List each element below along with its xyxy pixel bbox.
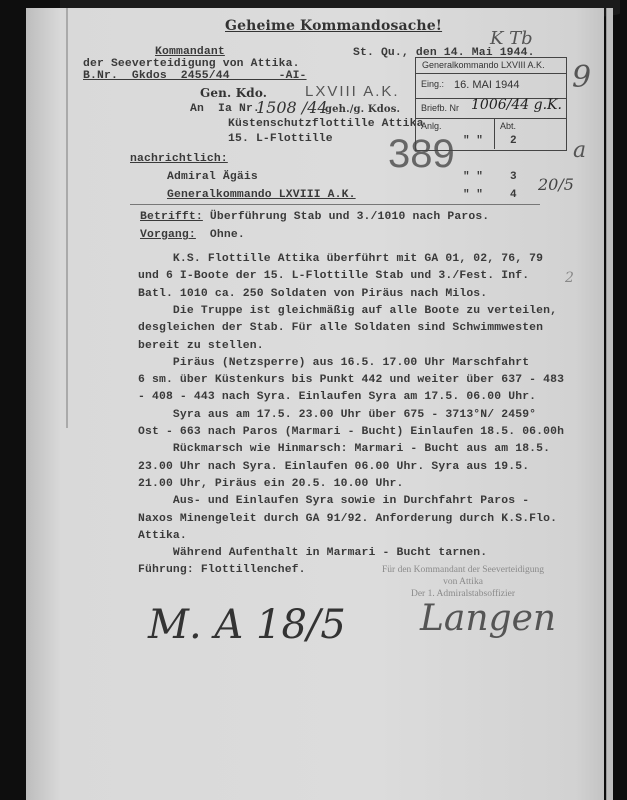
- sender-title: Kommandant: [155, 46, 225, 58]
- body-line: Führung: Flottillenchef.: [138, 564, 306, 576]
- recipient-2: 15. L-Flottille: [228, 133, 333, 145]
- betrifft-label: Betrifft:: [140, 211, 203, 223]
- stamp-anlg-row: Anlg. Abt.: [416, 118, 566, 149]
- betrifft-line: Betrifft: Überführung Stab und 3./1010 n…: [140, 211, 489, 223]
- divider: [130, 204, 540, 205]
- info-recipient-2: Generalkommando LXVIII A.K.: [167, 189, 356, 201]
- stamp-eing-date: 16. MAI 1944: [454, 79, 519, 91]
- ia-suffix: geh./g. Kdos.: [325, 104, 400, 115]
- vorgang-label: Vorgang:: [140, 229, 196, 241]
- body-line: - 408 - 443 nach Syra. Einlaufen Syra am…: [138, 391, 536, 403]
- stamp-briefb-row: Briefb. Nr 1006/44 g.K.: [416, 98, 566, 119]
- stamp-divider: [494, 119, 495, 149]
- signature-block-line2: von Attika: [333, 577, 593, 587]
- classification-heading: Geheime Kommandosache!: [225, 18, 442, 34]
- body-line: desgleichen der Stab. Für alle Soldaten …: [138, 322, 543, 334]
- body-line: Während Aufenthalt in Marmari - Bucht ta…: [138, 547, 487, 559]
- stamp-eing-row: Eing.: 16. MAI 1944: [416, 73, 566, 98]
- info-recipient-1: Admiral Ägäis: [167, 171, 258, 183]
- vorgang-text: Ohne.: [210, 229, 245, 241]
- body-line: 23.00 Uhr nach Syra. Einlaufen 06.00 Uhr…: [138, 461, 529, 473]
- reference-number: B.Nr. Gkdos 2455/44 -AI-: [83, 70, 307, 82]
- handwritten-9: 9: [572, 60, 591, 95]
- ditto-marks: " ": [463, 189, 483, 201]
- body-line: Die Truppe ist gleichmäßig auf alle Boot…: [138, 305, 557, 317]
- body-line: Naxos Minengeleit durch GA 91/92. Anford…: [138, 513, 557, 525]
- sender-line: der Seeverteidigung von Attika.: [83, 58, 300, 70]
- stamp-briefb-number: 1006/44 g.K.: [471, 97, 562, 113]
- vorgang-line: Vorgang: Ohne.: [140, 229, 245, 241]
- body-line: K.S. Flottille Attika überführt mit GA 0…: [138, 253, 543, 265]
- nachrichtlich-label: nachrichtlich:: [130, 153, 228, 165]
- betrifft-text: Überführung Stab und 3./1010 nach Paros.: [210, 211, 489, 223]
- stamp-header: Generalkommando LXVIII A.K.: [422, 60, 545, 70]
- body-line: 6 sm. über Küstenkurs bis Punkt 442 und …: [138, 374, 564, 386]
- stamp-eing-label: Eing.:: [421, 79, 444, 89]
- stamp-briefb-label: Briefb. Nr: [421, 103, 459, 113]
- receipt-stamp: Generalkommando LXVIII A.K. Eing.: 16. M…: [415, 57, 567, 151]
- signature: Langen: [420, 598, 556, 639]
- body-line: 21.00 Uhr, Piräus ein 20.5. 10.00 Uhr.: [138, 478, 403, 490]
- body-line: Ost - 663 nach Paros (Marmari - Bucht) E…: [138, 426, 564, 438]
- body-line: Rückmarsch wie Hinmarsch: Marmari - Buch…: [138, 443, 550, 455]
- paper-edge: [606, 8, 613, 800]
- body-line: Piräus (Netzsperre) aus 16.5. 17.00 Uhr …: [138, 357, 529, 369]
- body-line: Batl. 1010 ca. 250 Soldaten von Piräus n…: [138, 288, 487, 300]
- handwritten-initials: M. A 18/5: [148, 602, 346, 648]
- body-line: und 6 I-Boote der 15. L-Flottille Stab u…: [138, 270, 529, 282]
- ditto-marks: " ": [463, 171, 483, 183]
- stamp-abt-label: Abt.: [500, 121, 516, 131]
- an-label: An: [190, 103, 204, 115]
- body-line: bereit zu stellen.: [138, 340, 264, 352]
- body-line: Syra aus am 17.5. 23.00 Uhr über 675 - 3…: [138, 409, 536, 421]
- handwritten-initials-date: 20/5: [538, 175, 574, 194]
- copy-number-4: 4: [510, 189, 517, 201]
- handwritten-ia-number: 1508 /44: [256, 98, 328, 117]
- signature-block-line1: Für den Kommandant der Seeverteidigung: [333, 565, 593, 575]
- body-line: Aus- und Einlaufen Syra sowie in Durchfa…: [138, 495, 529, 507]
- recipient-1: Küstenschutzflottille Attika: [228, 118, 424, 130]
- body-line: Attika.: [138, 530, 187, 542]
- handwritten-2: 2: [565, 270, 574, 286]
- copy-number-3: 3: [510, 171, 517, 183]
- handwritten-a: a: [573, 138, 586, 163]
- paper-fold: [66, 8, 68, 428]
- stamp-anlg-label: Anlg.: [421, 121, 442, 131]
- ia-label: Ia Nr.: [218, 103, 260, 115]
- handwritten-ktb: K Tb: [490, 28, 533, 49]
